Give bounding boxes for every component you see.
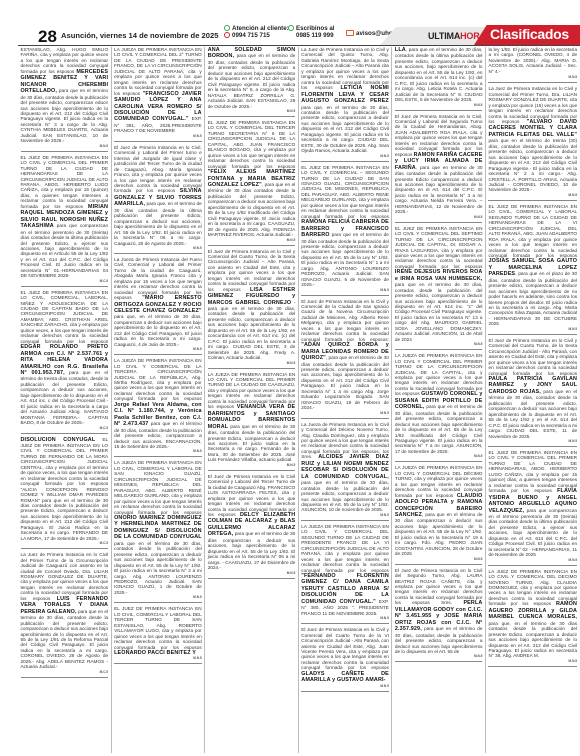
- notice-spouse-names: GLADYS CAÑETE DE AMARILLA y GUSTAVO AMAR…: [301, 671, 389, 683]
- brand-ultima: ULTIMA: [428, 31, 460, 41]
- notice-code: M.C.5: [21, 279, 109, 283]
- notice-text: LA JUEZA DE PRIMERA INSTANCIA EN LO CIVI…: [114, 460, 202, 514]
- notice-code: M.N.5: [208, 238, 296, 242]
- write-us-label: Escribinos al: [296, 25, 335, 32]
- customer-service-contact: Atención al cliente: 0994 715 715: [224, 25, 289, 39]
- page-number: 28: [38, 27, 57, 47]
- notice-text: LA JUEZA DE PRIMERA INSTANCIA EN LO CIVI…: [114, 47, 202, 96]
- legal-notice: La Juez de Primera Instancia en lo Civil…: [488, 86, 577, 201]
- whatsapp-icon: [224, 25, 230, 31]
- notice-code: M.N.5: [114, 246, 202, 250]
- write-us-contact: Escribinos al 0985 119 999: [288, 25, 335, 39]
- dateline: Asunción, viernes 14 de noviembre de 202…: [61, 31, 218, 40]
- legal-notice: DISOLUCION CONYUGAL EL JUEZ DE PRIMERA I…: [21, 437, 109, 550]
- legal-notice: El Juez de Primera Instancia en lo Civil…: [114, 145, 202, 254]
- customer-service-phone[interactable]: 0994 715 715: [232, 32, 270, 39]
- column-5: LLA, para que en el termino de 30 días, …: [392, 47, 486, 753]
- notice-code: M.N.5: [488, 659, 577, 663]
- notice-text-cont: para que en el termino de 30 días, conta…: [395, 404, 483, 454]
- legal-notice: ANA SOLEDAD SIMON BORDON, para que en el…: [208, 47, 296, 117]
- column-4: La Juez de Primera Instancia en lo Civil…: [299, 47, 393, 753]
- notice-code: M.N.5: [301, 513, 389, 517]
- notice-spouse-names: DISOLUCION CONYUGAL: [21, 437, 96, 443]
- legal-notice: El Juez de Primera Instancia en lo Civil…: [395, 568, 483, 663]
- notice-text-cont: , para que en el termino de 30 días, con…: [395, 47, 483, 102]
- notice-text: La Jueza de Primera Instancia del Fuero …: [114, 257, 202, 300]
- notice-text: El Juez de Primera Instancia en lo Civil…: [301, 627, 389, 670]
- notice-code: M.N.5: [395, 454, 483, 458]
- notice-text-cont: para que en el termino de 30 días, conta…: [395, 282, 483, 342]
- notice-text-cont: , para que en el término de 30 días cont…: [208, 182, 296, 237]
- notice-code: M.N.5: [301, 684, 389, 688]
- notice-text: EL JUEZ DE PRIMERA INSTANCIA EN LO CIVIL…: [21, 155, 109, 209]
- notice-text: EL JUEZ DE PRIMERA INSTANCIA EN LO CIVIL…: [114, 606, 202, 649]
- legal-notice: La Jueza de Primera Instancia en lo Civi…: [301, 422, 389, 521]
- notice-text-cont: para que en el termino de 30 días, conta…: [301, 480, 389, 512]
- notice-code: M.N.5: [301, 154, 389, 158]
- notice-spouse-names: LEONARDO PACCI BENITEZ Y: [114, 650, 196, 656]
- legal-notice: El Juez de Primera Instancia en lo Civil…: [488, 338, 577, 447]
- mail-icon: [346, 30, 354, 36]
- legal-notice: El Juez de Primera Instancia en lo Civil…: [208, 249, 296, 369]
- notice-code: M.N.5: [395, 557, 483, 561]
- header-divider: [18, 45, 580, 46]
- notice-text-cont: - para que en el termino de 30 días, con…: [208, 300, 296, 361]
- notice-code: M.N.5: [114, 134, 202, 138]
- legal-notice: La Juez de Primera Instancia en lo Civil…: [21, 552, 109, 678]
- legal-notice: La Jueza de Primera Instancia del Fuero …: [114, 257, 202, 355]
- legal-notice: El Juez de Primera Instancia en lo Civil…: [395, 114, 483, 223]
- notice-text: EL JUEZ DE PRIMERA INSTANCIA EN LO CIVIL…: [488, 204, 577, 258]
- notice-code: M.N.5: [114, 595, 202, 599]
- notice-text-cont: para que en el término de treinta días c…: [21, 370, 109, 425]
- notice-text-cont: para que, en el termino de 30 días conta…: [114, 201, 202, 245]
- notice-text: EL JUEZ DE PRIMERA INSTANCIA EN LO CIVIL…: [208, 120, 296, 169]
- notice-code: M.C.5: [21, 670, 109, 674]
- notice-text-cont: , para que en el término de 30 días comp…: [395, 512, 483, 556]
- notice-text-cont: para que, en el termino de 30 días conta…: [488, 621, 577, 659]
- legal-notice: LA JUEZA DE PRIMERA INSTANCIA EN LO CIVI…: [208, 372, 296, 471]
- notice-code: M.N.5: [208, 361, 296, 365]
- notice-text: LA JUEZA DE PRIMERA INSTANCIA EN LO CIVI…: [114, 358, 202, 401]
- notice-text: El Juez de Primera Instancia en lo Civil…: [208, 249, 296, 292]
- notice-code: M.C.5: [21, 426, 109, 430]
- notice-code: M.C.5: [21, 541, 109, 545]
- notice-code: M.N.5: [395, 215, 483, 219]
- notice-text: El Juez de Primera Instancia en lo Civil…: [114, 145, 202, 194]
- notice-text: LA JUEZA DE PRIMERA INSTANCIA EN LO CIVI…: [395, 353, 483, 396]
- legal-notice: El Juez de Primera Instancia en lo Civil…: [301, 627, 389, 692]
- brand-logo: ULTIMAHORA: [428, 31, 486, 41]
- notice-text-cont: para que en el termino de 30 días, conta…: [21, 609, 109, 670]
- legal-notice: EL JUEZ DE PRIMERA INSTANCIA EN LO CIVIL…: [208, 120, 296, 246]
- notice-text-cont: para que en el termino de 30 días compar…: [208, 531, 296, 570]
- notice-text-cont: para que en el término de 30 días, conta…: [488, 389, 577, 439]
- legal-notice: ESTANISLAO, Abg. HUGO EMILIO FARIÑA, cit…: [21, 47, 109, 152]
- notice-text: la ley 1/92. El juicio radica en la secr…: [488, 47, 577, 74]
- notice-text: La Juez de Primera Instancia en lo Civil…: [21, 552, 109, 601]
- notice-code: M.N.5: [301, 616, 389, 620]
- notice-text-cont: para que comparezcan en el término peren…: [21, 223, 109, 278]
- legal-notice: EL JUEZ DE PRIMERA INSTANCIA EN LO CIVIL…: [488, 204, 577, 335]
- notice-code: M.N.5: [301, 288, 389, 292]
- legal-notice: El Juez de Primera Instancia en lo Civil…: [208, 474, 296, 579]
- notice-code: M.N.5: [395, 103, 483, 107]
- notice-code: M.N.5: [208, 463, 296, 467]
- notice-code: M.N.5: [301, 411, 389, 415]
- legal-notice: La Juez de Primera Instancia en lo Civil…: [301, 47, 389, 162]
- legal-notice: EL JUEZ DE PRIMERA INSTANCIA EN LO CIVIL…: [301, 165, 389, 296]
- notice-code: M.N.5: [395, 342, 483, 346]
- customer-service-label: Atención al cliente:: [232, 25, 289, 32]
- legal-notice: LA JUEZA DE PRIMERA INSTANCIA EN LO CIVI…: [301, 524, 389, 624]
- notice-text-cont: , para que en el término de 30 días cont…: [301, 355, 389, 410]
- notice-text: EL JUEZ DE PRIMERA INSTANCIA EN LO CIVIL…: [488, 450, 577, 493]
- page-header: 28 Asunción, viernes 14 de noviembre de …: [0, 0, 580, 44]
- notice-spouse-names: LLA: [395, 47, 406, 53]
- legal-notice: LLA, para que en el termino de 30 días, …: [395, 47, 483, 111]
- notice-code: M.N.5: [488, 439, 577, 443]
- notice-text-cont: para que en el termino de 30 días contad…: [301, 232, 389, 287]
- notice-text-cont: para que en el término de treinta (30) d…: [488, 138, 577, 192]
- legal-notice: LA JUEZA DE PRIMERA INSTANCIA EN LO CIVI…: [395, 465, 483, 564]
- legal-notice: EL JUEZ DE PRIMERA INSTANCIA EN LO CIVIL…: [21, 290, 109, 434]
- notice-text-cont: , para que en el plazo de 30 días, conta…: [488, 271, 577, 326]
- column-6: la ley 1/92. El juicio radica en la secr…: [486, 47, 580, 753]
- notice-code: M.N.5: [114, 449, 202, 453]
- notice-code: M.N.5: [208, 571, 296, 575]
- notice-code: M.N.5: [208, 109, 296, 113]
- notice-text-cont: para que, en el término de 30 días, comp…: [114, 314, 202, 346]
- legal-notice: EL JUEZ DE PRIMERA INSTANCIA EN LO CIVIL…: [488, 450, 577, 566]
- legal-notice: LA JUEZA DE PRIMERA INSTANCIA EN LO CIVI…: [114, 47, 202, 142]
- notice-text: EL JUEZ DE PRIMERA INSTANCIA EN LO CIVIL…: [395, 226, 483, 269]
- notice-text: EL JUEZ DE PRIMERA INSTANCIA EN LO CIVIL…: [301, 165, 389, 219]
- whatsapp-icon: [288, 25, 294, 31]
- write-us-phone[interactable]: 0985 119 999: [296, 32, 334, 39]
- legal-notice: LA JUEZ DE PRIMERA INSTANCIA EN LO CIVIL…: [488, 569, 577, 667]
- notice-text-cont: EL JUEZ DE PRIMERA INSTANCIA EN LO CIVIL…: [21, 437, 109, 541]
- notice-code: M.N.5: [21, 144, 109, 148]
- legal-notice: EL JUEZ DE PRIMERA INSTANCIA EN LO CIVIL…: [395, 226, 483, 351]
- notice-text-cont: para que en el termino de 30 días, conta…: [208, 53, 296, 108]
- notice-code: M.N.5: [395, 654, 483, 658]
- notice-code: M.N.5: [488, 75, 577, 79]
- legal-notice: LA JUEZA DE PRIMERA INSTANCIA EN LO CIVI…: [395, 353, 483, 462]
- notice-text-cont: para que en el término de 30 días, conta…: [208, 424, 296, 463]
- legal-notice: LA JUEZA DE PRIMERA INSTANCIA EN LO CIVI…: [114, 460, 202, 603]
- notice-text: La Juez de Primera Instancia en lo Civil…: [301, 47, 389, 90]
- notice-text: El Juez de Primera Instancia en lo Civil…: [395, 114, 483, 157]
- notice-text-cont: para que en el termino de 30 días, conta…: [21, 88, 109, 143]
- notice-text: El Juez de Primera Instancia en lo Civil…: [208, 474, 296, 517]
- notice-text-cont: para que en el término de 30 días, conta…: [114, 541, 202, 595]
- notice-spouse-names: IRENE DEJESUS RIVEROS ROA e IRMA ROSA VA…: [395, 269, 483, 281]
- legal-notice: LA JUEZA DE PRIMERA INSTANCIA EN LO CIVI…: [114, 358, 202, 457]
- legal-notice: EL JUEZ DE PRIMERA INSTANCIA EN LO CIVIL…: [114, 606, 202, 664]
- notice-text-cont: para que, en el termino de 30 días, cont…: [301, 105, 389, 154]
- legal-notice: la ley 1/92. El juicio radica en la secr…: [488, 47, 577, 83]
- notice-code: M.N.5: [488, 327, 577, 331]
- notice-code: M.N.5: [114, 656, 202, 660]
- column-2: LA JUEZA DE PRIMERA INSTANCIA EN LO CIVI…: [112, 47, 206, 753]
- notice-text: LA JUEZA DE PRIMERA INSTANCIA EN LO CIVI…: [301, 524, 389, 573]
- notice-text-cont: para que comparezcan en el término peren…: [488, 508, 577, 558]
- legal-notice: El Juez de Primera Instancia en lo Civil…: [301, 299, 389, 419]
- column-3: ANA SOLEDAD SIMON BORDON, para que en el…: [205, 47, 299, 753]
- notice-text: El Juez de Primera Instancia en lo Civil…: [488, 338, 577, 376]
- notice-code: M.N.5: [114, 347, 202, 351]
- notice-text: EL JUEZ DE PRIMERA INSTANCIA EN LO CIVIL…: [21, 290, 109, 344]
- column-1: ESTANISLAO, Abg. HUGO EMILIO FARIÑA, cit…: [18, 47, 112, 753]
- legal-notice: EL JUEZ DE PRIMERA INSTANCIA EN LO CIVIL…: [21, 155, 109, 287]
- phone-icon: [224, 32, 230, 38]
- notice-spouse-names: ONORIO MARINEZ DOMINGUEZ Y HERMELINDA MA…: [114, 515, 202, 540]
- notice-code: M.N.5: [488, 558, 577, 562]
- section-title: Clasificados: [490, 26, 569, 42]
- notice-text-cont: , para que en termino de 30 días contado…: [395, 165, 483, 215]
- notice-text: El Juez de Primera Instancia en lo Civil…: [301, 299, 389, 342]
- classifieds-columns: ESTANISLAO, Abg. HUGO EMILIO FARIÑA, cit…: [18, 47, 580, 753]
- notice-code: M.N.5: [488, 193, 577, 197]
